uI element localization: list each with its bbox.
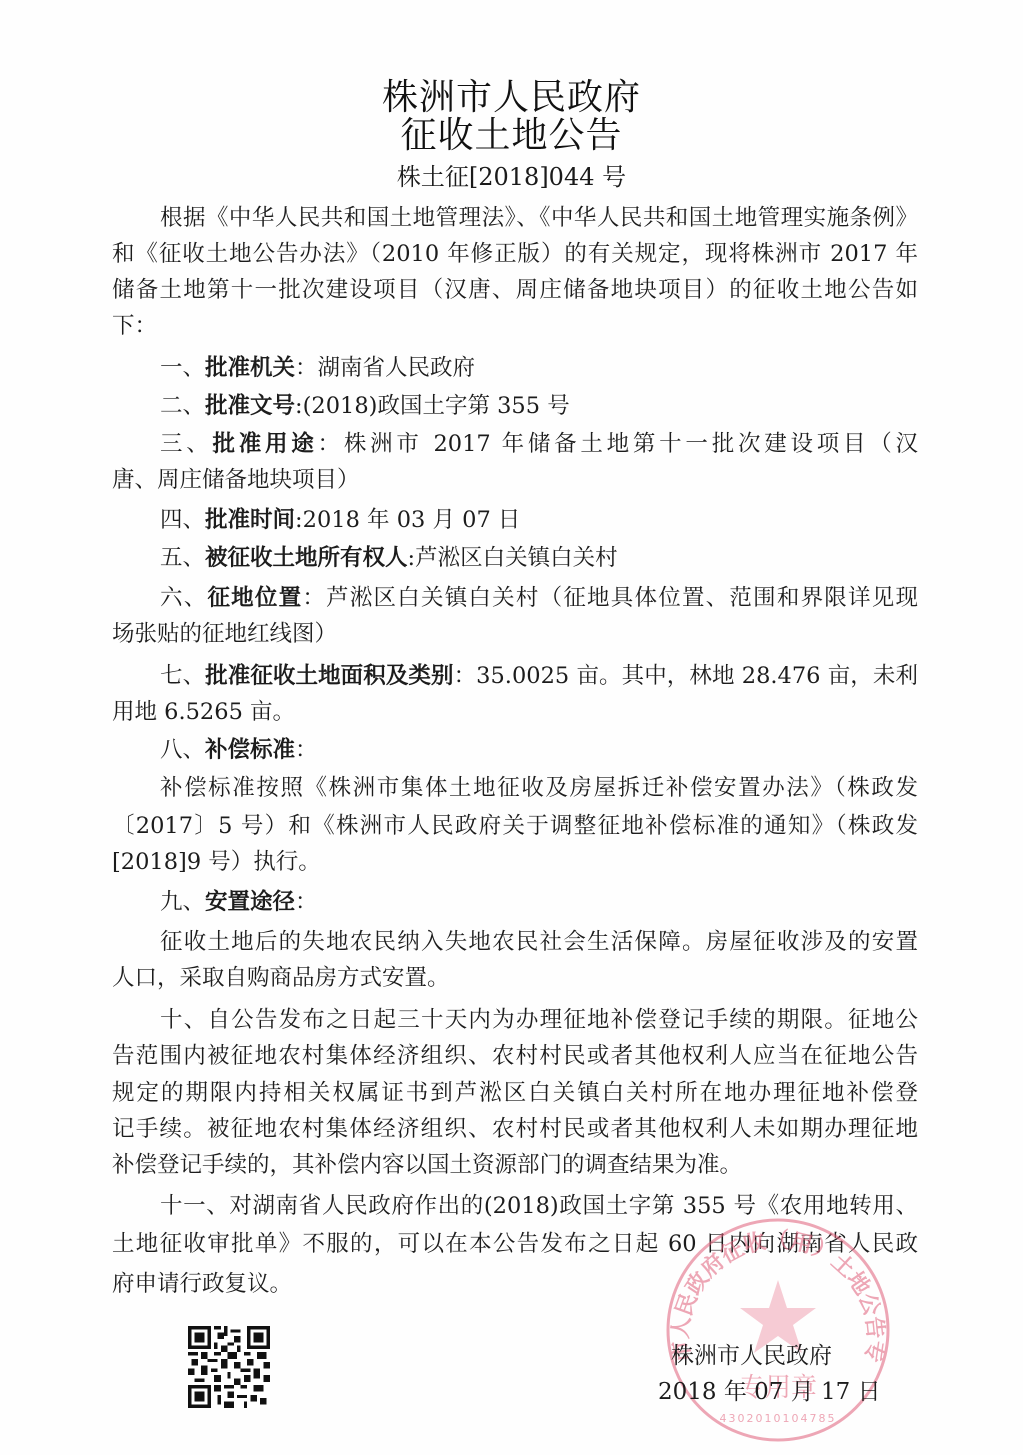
item-separator: ： <box>454 663 477 689</box>
item-body-line: 补偿标准按照《株洲市集体土地征收及房屋拆迁补偿安置办法》（株政发 <box>160 773 918 803</box>
item-heading: 征地位置 <box>207 585 302 611</box>
item-value: (2018)政国土字第 355 号 <box>303 393 570 419</box>
item-heading: 批准文号 <box>205 393 295 419</box>
item-heading: 被征收土地所有权人 <box>205 545 408 571</box>
item-value-cont: 补偿登记手续的，其补偿内容以国土资源部门的调查结果为准。 <box>112 1150 918 1180</box>
item-value-cont: 告范围内被征地农村集体经济组织、农村村民或者其他权利人应当在征地公告 <box>112 1041 918 1071</box>
item-separator: : <box>295 507 303 533</box>
item-heading: 批准征收土地面积及类别 <box>205 663 453 689</box>
svg-text:4302010104785: 4302010104785 <box>720 1412 837 1425</box>
item-number: 十、 <box>160 1007 207 1033</box>
item-approval-date: 四、批准时间:2018 年 03 月 07 日 <box>160 505 918 535</box>
item-value: 湖南省人民政府 <box>318 355 476 381</box>
item-land-area: 七、批准征收土地面积及类别：35.0025 亩。其中，林地 28.476 亩，未… <box>160 661 918 691</box>
intro-line: 和《征收土地公告办法》（2010 年修正版）的有关规定，现将株洲市 2017 年 <box>112 239 918 269</box>
item-heading: 批准时间 <box>205 507 295 533</box>
item-approval-doc-number: 二、批准文号:(2018)政国土字第 355 号 <box>160 391 918 421</box>
item-value: 2018 年 03 月 07 日 <box>303 507 521 533</box>
issuer-name: 株洲市人民政府 <box>671 1341 832 1371</box>
item-body-line: 〔2017〕5 号）和《株洲市人民政府关于调整征地补偿标准的通知》（株政发 <box>112 811 918 841</box>
item-number: 四、 <box>160 507 205 533</box>
item-value-cont: 场张贴的征地红线图） <box>112 619 918 649</box>
item-separator: : <box>408 545 416 571</box>
item-separator: ： <box>318 431 344 457</box>
item-separator: ： <box>295 355 318 381</box>
item-body-line: 征收土地后的失地农民纳入失地农民社会生活保障。房屋征收涉及的安置 <box>160 927 918 957</box>
item-heading: 安置途径 <box>205 889 295 915</box>
document-number: 株土征[2018]044 号 <box>0 162 1023 192</box>
item-separator: ： <box>302 585 326 611</box>
item-registration-period: 十、自公告发布之日起三十天内为办理征地补偿登记手续的期限。征地公 <box>160 1005 918 1035</box>
item-value: 株洲市 2017 年储备土地第十一批次建设项目（汉 <box>344 431 918 457</box>
item-heading: 批准机关 <box>205 355 295 381</box>
item-value-cont: 规定的期限内持相关权属证书到芦淞区白关镇白关村所在地办理征地补偿登 <box>112 1078 918 1108</box>
item-approval-purpose: 三、批准用途：株洲市 2017 年储备土地第十一批次建设项目（汉 <box>160 429 918 459</box>
item-separator: ： <box>295 889 318 915</box>
item-value: 35.0025 亩。其中，林地 28.476 亩，未利 <box>476 663 918 689</box>
item-heading: 批准用途 <box>213 431 318 457</box>
item-value: 芦淞区白关镇白关村 <box>415 545 618 571</box>
item-number: 五、 <box>160 545 205 571</box>
item-value: 芦淞区白关镇白关村（征地具体位置、范围和界限详见现 <box>326 585 918 611</box>
item-separator: : <box>295 393 303 419</box>
document-page: 株洲市人民政府 征收土地公告 株土征[2018]044 号 根据《中华人民共和国… <box>0 0 1023 1455</box>
item-number: 八、 <box>160 737 205 763</box>
item-value: 自公告发布之日起三十天内为办理征地补偿登记手续的期限。征地公 <box>207 1007 918 1033</box>
item-heading: 补偿标准 <box>205 737 295 763</box>
item-body-line: [2018]9 号）执行。 <box>112 847 918 877</box>
document-title-line1: 株洲市人民政府 <box>0 78 1023 118</box>
item-value-cont: 用地 6.5265 亩。 <box>112 697 918 727</box>
item-separator: ： <box>295 737 318 763</box>
item-body-line: 人口，采取自购商品房方式安置。 <box>112 963 918 993</box>
intro-line: 储备土地第十一批次建设项目（汉唐、周庄储备地块项目）的征收土地公告如 <box>112 275 918 305</box>
item-number: 二、 <box>160 393 205 419</box>
item-approval-authority: 一、批准机关：湖南省人民政府 <box>160 353 918 383</box>
item-number: 七、 <box>160 663 205 689</box>
item-number: 三、 <box>160 431 213 457</box>
document-title-line2: 征收土地公告 <box>0 116 1023 156</box>
item-compensation-standard: 八、补偿标准： <box>160 735 918 765</box>
item-land-owner: 五、被征收土地所有权人:芦淞区白关镇白关村 <box>160 543 918 573</box>
issue-date: 2018 年 07 月 17 日 <box>658 1377 881 1407</box>
item-number: 六、 <box>160 585 207 611</box>
item-land-location: 六、征地位置：芦淞区白关镇白关村（征地具体位置、范围和界限详见现 <box>160 583 918 613</box>
item-value-cont: 记手续。被征地农村集体经济组织、农村村民或者其他权利人未如期办理征地 <box>112 1114 918 1144</box>
intro-line: 下： <box>112 311 918 341</box>
item-number: 一、 <box>160 355 205 381</box>
official-seal-icon: 株洲市人民政府征收（用）土地公告专用章 专用章 4302010104785 <box>662 1214 894 1446</box>
item-value-cont: 唐、周庄储备地块项目） <box>112 465 918 495</box>
item-number: 十一、 <box>160 1193 229 1219</box>
qr-code-icon <box>188 1326 270 1408</box>
item-number: 九、 <box>160 889 205 915</box>
item-resettlement: 九、安置途径： <box>160 887 918 917</box>
intro-line: 根据《中华人民共和国土地管理法》、《中华人民共和国土地管理实施条例》 <box>160 203 918 233</box>
